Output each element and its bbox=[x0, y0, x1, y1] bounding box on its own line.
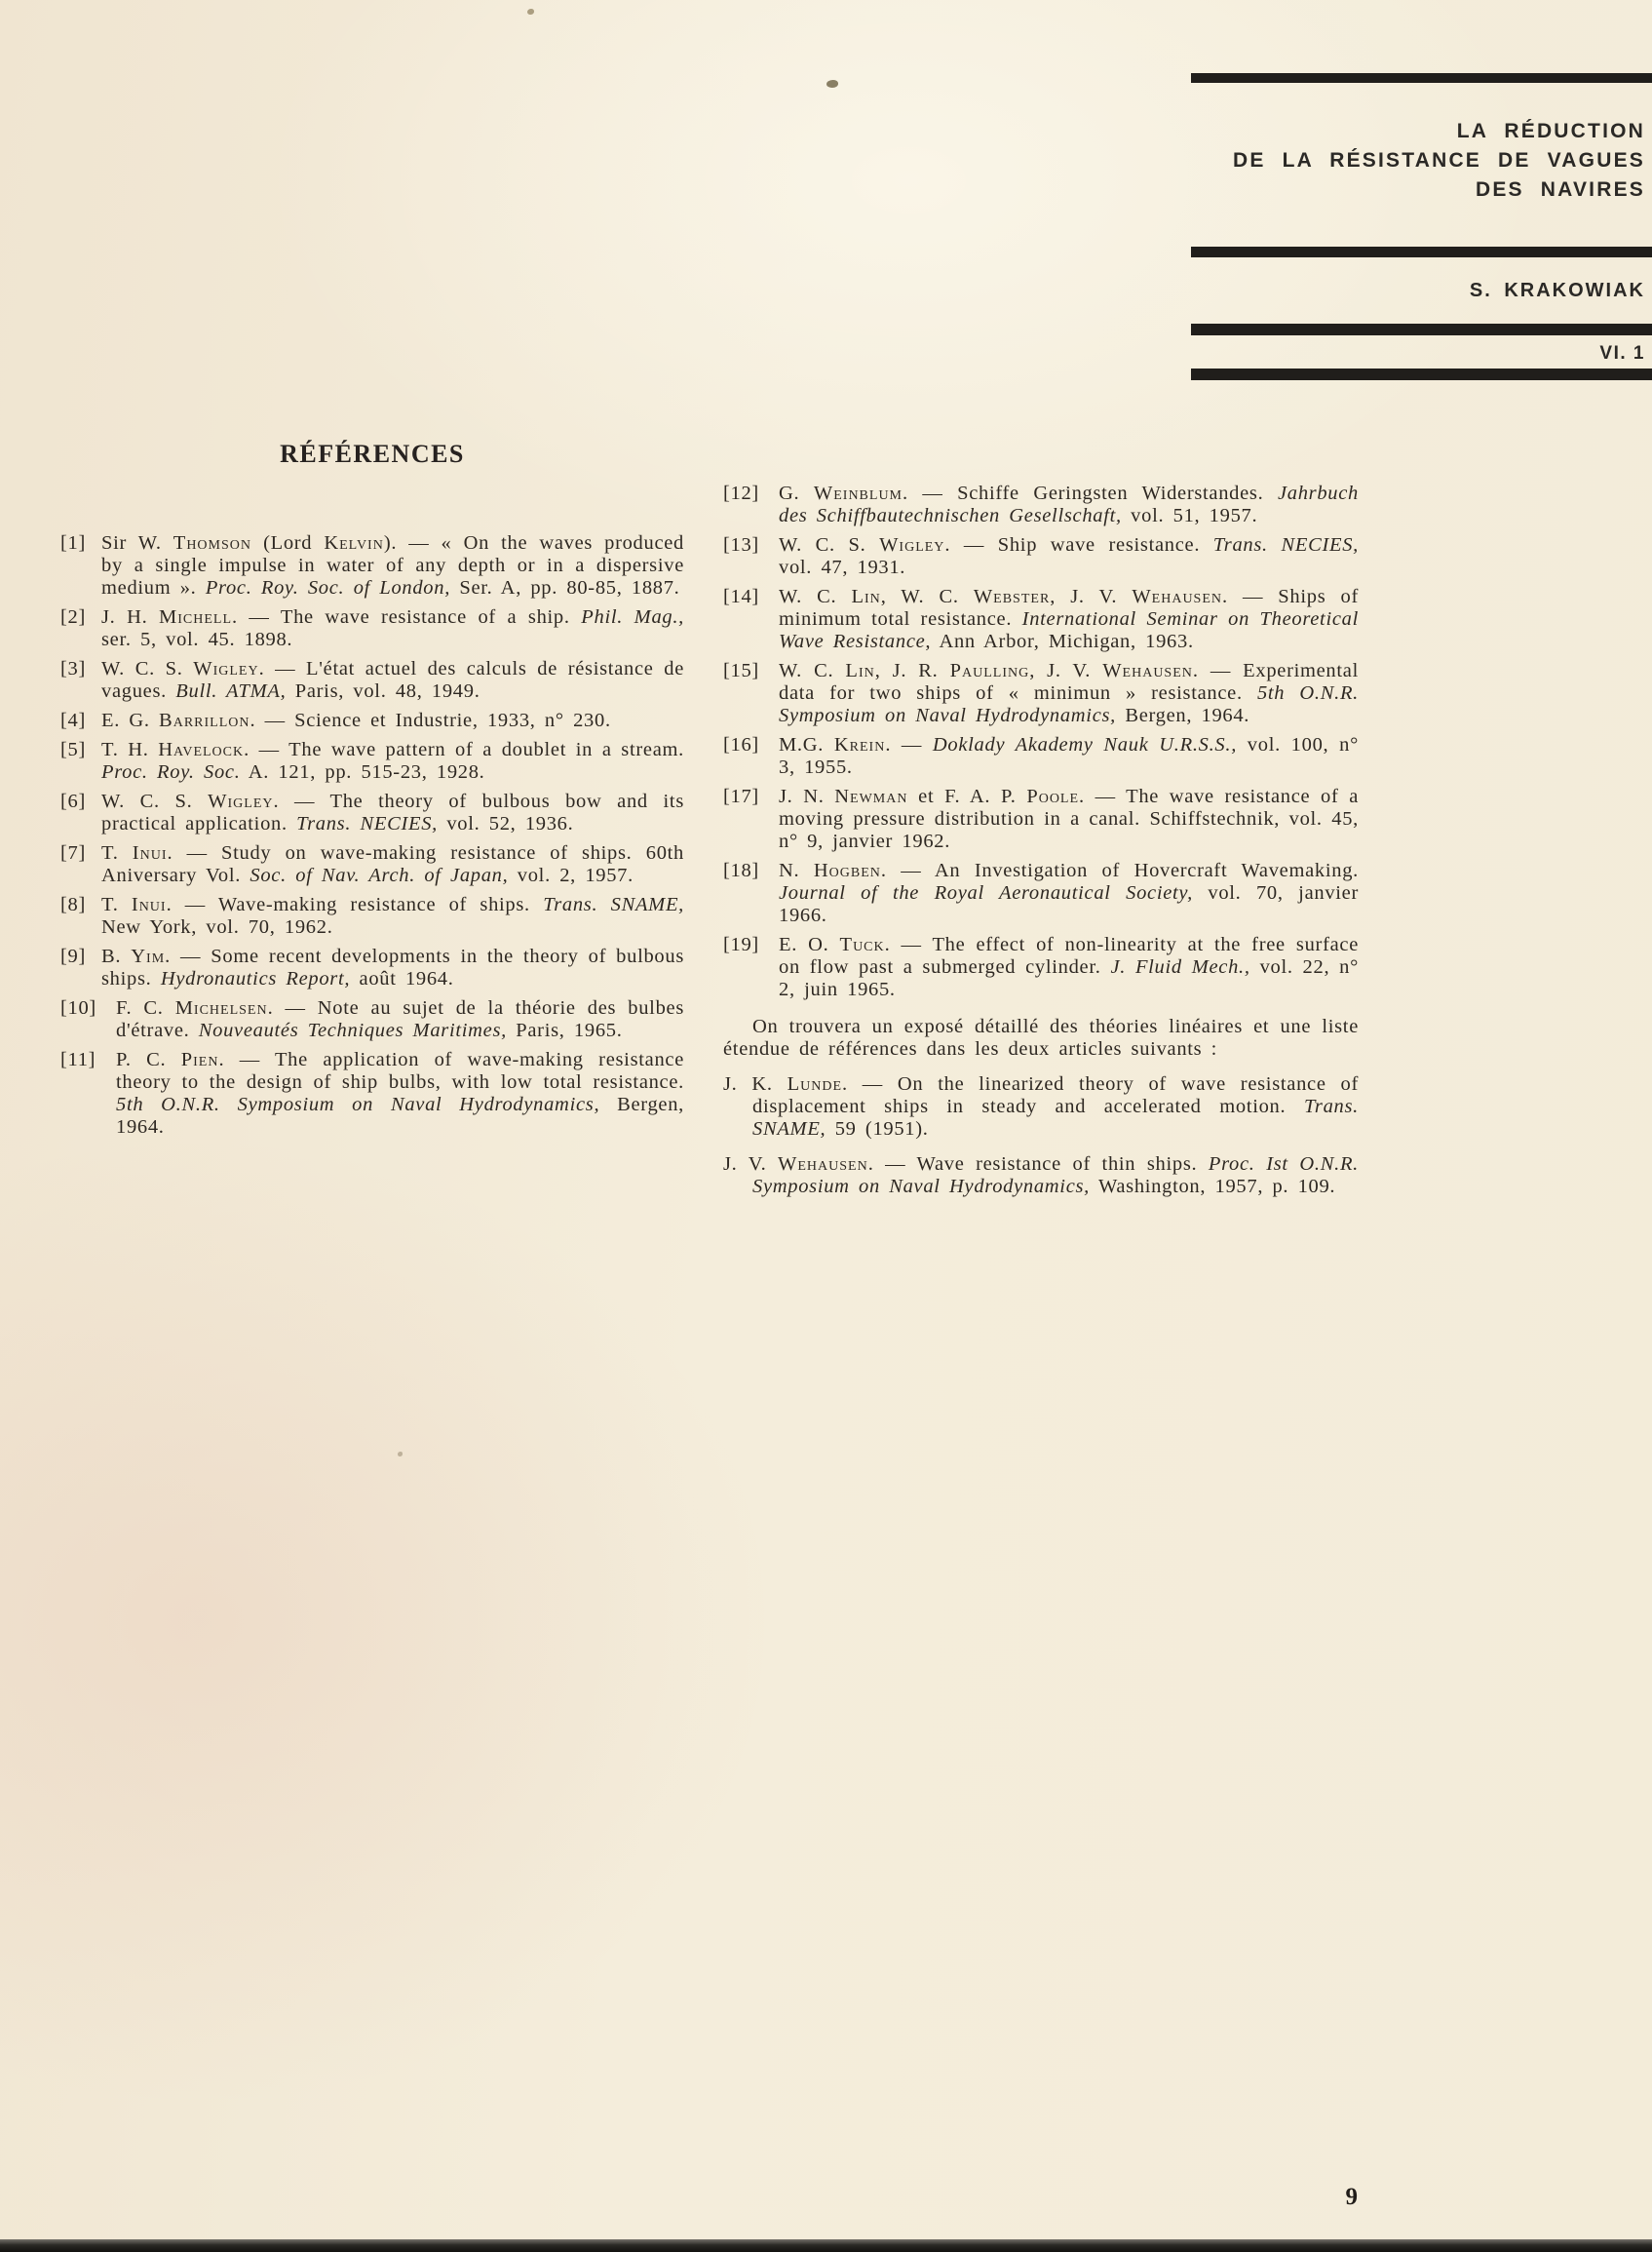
document-page: LA RÉDUCTION DE LA RÉSISTANCE DE VAGUES … bbox=[0, 0, 1652, 2252]
reference-text: . — bbox=[885, 734, 933, 756]
author-name: Lunde bbox=[788, 1073, 842, 1095]
reference-number: [15] bbox=[723, 660, 779, 682]
author-name: Hogben bbox=[814, 860, 881, 881]
author-name: Inui bbox=[133, 842, 168, 864]
author-name: Wigley bbox=[879, 534, 944, 556]
reference-text: Paris, 1965. bbox=[507, 1020, 623, 1041]
reference-text: vol. 47, 1931. bbox=[779, 557, 905, 578]
closing-note: On trouvera un exposé détaillé des théor… bbox=[723, 1016, 1359, 1061]
reference-item: [16]M.G. Krein. — Doklady Akademy Nauk U… bbox=[723, 734, 1359, 779]
paper-title: LA RÉDUCTION DE LA RÉSISTANCE DE VAGUES … bbox=[1191, 117, 1645, 205]
reference-text: . — Science et Industrie, 1933, n° 230. bbox=[250, 710, 610, 731]
reference-text: B. bbox=[101, 946, 131, 967]
reference-text: J. H. bbox=[101, 606, 159, 628]
references-column-left: RÉFÉRENCES [1]Sir W. Thomson (Lord Kelvi… bbox=[60, 441, 684, 1139]
paper-title-line: LA RÉDUCTION bbox=[1191, 117, 1645, 146]
author-name: Havelock bbox=[158, 739, 244, 760]
reference-text: W. C. S. bbox=[779, 534, 879, 556]
reference-text: . — Wave resistance of thin ships. bbox=[868, 1153, 1209, 1175]
reference-item: J. V. Wehausen. — Wave resistance of thi… bbox=[723, 1153, 1359, 1198]
reference-item: [14]W. C. Lin, W. C. Webster, J. V. Weha… bbox=[723, 586, 1359, 653]
reference-item: [2]J. H. Michell. — The wave resistance … bbox=[60, 606, 684, 651]
reference-item: [13]W. C. S. Wigley. — Ship wave resista… bbox=[723, 534, 1359, 579]
reference-text: E. G. bbox=[101, 710, 159, 731]
references-list-left: [1]Sir W. Thomson (Lord Kelvin). — « On … bbox=[60, 532, 684, 1139]
work-title: Trans. NECIES, bbox=[1213, 534, 1359, 556]
paper-title-line: DES NAVIRES bbox=[1191, 175, 1645, 205]
reference-text: . — Schiffe Geringsten Widerstandes. bbox=[903, 483, 1278, 504]
reference-text: P. C. bbox=[116, 1049, 181, 1070]
work-title: Trans. NECIES, bbox=[296, 813, 438, 835]
reference-text: T. bbox=[101, 842, 133, 864]
reference-item: J. K. Lunde. — On the linearized theory … bbox=[723, 1073, 1359, 1141]
work-title: 5th O.N.R. Symposium on Naval Hydrodynam… bbox=[116, 1094, 599, 1115]
work-title: Phil. Mag., bbox=[581, 606, 684, 628]
reference-item: [5]T. H. Havelock. — The wave pattern of… bbox=[60, 739, 684, 784]
reference-item: [18]N. Hogben. — An Investigation of Hov… bbox=[723, 860, 1359, 927]
author-name: Lin bbox=[851, 586, 880, 607]
reference-text: . — An Investigation of Hovercraft Wavem… bbox=[881, 860, 1359, 881]
reference-item: [1]Sir W. Thomson (Lord Kelvin). — « On … bbox=[60, 532, 684, 600]
author-name: Yim bbox=[131, 946, 165, 967]
reference-text: T. H. bbox=[101, 739, 158, 760]
reference-text: W. C. S. bbox=[101, 791, 208, 812]
reference-text: Ann Arbor, Michigan, 1963. bbox=[931, 631, 1194, 652]
reference-text: On trouvera un exposé détaillé des théor… bbox=[723, 1016, 1359, 1060]
work-title: Nouveautés Techniques Maritimes, bbox=[199, 1020, 507, 1041]
reference-text: J. K. bbox=[723, 1073, 788, 1095]
reference-item: [19]E. O. Tuck. — The effect of non-line… bbox=[723, 934, 1359, 1001]
work-title: Proc. Roy. Soc. of London, bbox=[206, 577, 450, 599]
reference-text: J. V. bbox=[723, 1153, 778, 1175]
header-rule-bottom bbox=[1191, 369, 1652, 380]
work-title: Journal of the Royal Aeronautical Societ… bbox=[779, 882, 1193, 904]
reference-number: [14] bbox=[723, 586, 779, 608]
reference-text: W. C. bbox=[779, 660, 845, 681]
reference-text: et F. A. P. bbox=[907, 786, 1026, 807]
scan-speck-artifact bbox=[398, 1452, 403, 1456]
reference-number: [8] bbox=[60, 894, 101, 916]
reference-text: New York, vol. 70, 1962. bbox=[101, 916, 333, 938]
author-name: Wehausen bbox=[1132, 586, 1222, 607]
reference-number: [19] bbox=[723, 934, 779, 956]
reference-number: [1] bbox=[60, 532, 101, 555]
header-rule-top bbox=[1191, 73, 1652, 83]
reference-number: [10] bbox=[60, 997, 116, 1020]
reference-text: Bergen, 1964. bbox=[1116, 705, 1249, 726]
reference-number: [16] bbox=[723, 734, 779, 757]
scan-edge-artifact bbox=[0, 2239, 1652, 2252]
reference-text: W. C. S. bbox=[101, 658, 193, 679]
work-title: Proc. Roy. Soc. bbox=[101, 761, 241, 783]
reference-text: ser. 5, vol. 45. 1898. bbox=[101, 629, 292, 650]
reference-text: (Lord bbox=[251, 532, 324, 554]
reference-number: [17] bbox=[723, 786, 779, 808]
reference-text: Sir W. bbox=[101, 532, 173, 554]
author-name: Thomson bbox=[173, 532, 251, 554]
page-number: 9 bbox=[1277, 2184, 1358, 2211]
author-name: Krein bbox=[834, 734, 885, 756]
reference-text: , W. C. bbox=[881, 586, 974, 607]
reference-item: [3]W. C. S. Wigley. — L'état actuel des … bbox=[60, 658, 684, 703]
reference-item: [15]W. C. Lin, J. R. Paulling, J. V. Weh… bbox=[723, 660, 1359, 727]
references-list-right: [12]G. Weinblum. — Schiffe Geringsten Wi… bbox=[723, 483, 1359, 1198]
reference-text: Paris, vol. 48, 1949. bbox=[286, 680, 480, 702]
reference-text: E. O. bbox=[779, 934, 840, 955]
reference-text: . — The wave resistance of a ship. bbox=[232, 606, 581, 628]
header-rule-under-author bbox=[1191, 324, 1652, 335]
reference-item: [9]B. Yim. — Some recent developments in… bbox=[60, 946, 684, 990]
author-name: Paulling bbox=[950, 660, 1030, 681]
author-name: Tuck bbox=[840, 934, 885, 955]
author-name: Wehausen bbox=[778, 1153, 868, 1175]
reference-number: [6] bbox=[60, 791, 101, 813]
reference-number: [3] bbox=[60, 658, 101, 680]
work-title: J. Fluid Mech., bbox=[1110, 956, 1249, 978]
reference-item: [4]E. G. Barrillon. — Science et Industr… bbox=[60, 710, 684, 732]
header-rule-under-title bbox=[1191, 247, 1652, 257]
reference-item: [11]P. C. Pien. — The application of wav… bbox=[60, 1049, 684, 1139]
author-name: Wehausen bbox=[1102, 660, 1193, 681]
reference-number: [5] bbox=[60, 739, 101, 761]
author-name: Poole bbox=[1026, 786, 1079, 807]
reference-text: M.G. bbox=[779, 734, 834, 756]
reference-item: [8]T. Inui. — Wave-making resistance of … bbox=[60, 894, 684, 939]
reference-text: vol. 2, 1957. bbox=[508, 865, 634, 886]
reference-item: [12]G. Weinblum. — Schiffe Geringsten Wi… bbox=[723, 483, 1359, 527]
author-name: Wigley bbox=[208, 791, 273, 812]
reference-text: 59 (1951). bbox=[826, 1118, 928, 1140]
reference-text: , J. V. bbox=[1050, 586, 1132, 607]
reference-text: F. C. bbox=[116, 997, 175, 1019]
section-code: VI. 1 bbox=[1191, 343, 1645, 365]
reference-text: T. bbox=[101, 894, 132, 915]
reference-text: J. N. bbox=[779, 786, 834, 807]
author-name: Lin bbox=[845, 660, 874, 681]
reference-text: Ser. A, pp. 80-85, 1887. bbox=[450, 577, 679, 599]
reference-number: [9] bbox=[60, 946, 101, 968]
author-name: Wigley bbox=[193, 658, 258, 679]
reference-text: , J. R. bbox=[875, 660, 950, 681]
reference-item: [17]J. N. Newman et F. A. P. Poole. — Th… bbox=[723, 786, 1359, 853]
reference-number: [18] bbox=[723, 860, 779, 882]
scan-speck-artifact bbox=[826, 80, 838, 88]
author-name: Michell bbox=[159, 606, 232, 628]
page-header: LA RÉDUCTION DE LA RÉSISTANCE DE VAGUES … bbox=[1191, 0, 1652, 390]
references-column-right: [12]G. Weinblum. — Schiffe Geringsten Wi… bbox=[723, 483, 1359, 1198]
reference-number: [11] bbox=[60, 1049, 116, 1071]
work-title: Hydronautics Report, bbox=[161, 968, 350, 990]
reference-text: août 1964. bbox=[350, 968, 453, 990]
author-name: Pien bbox=[181, 1049, 219, 1070]
paper-title-line: DE LA RÉSISTANCE DE VAGUES bbox=[1191, 146, 1645, 175]
reference-item: [7]T. Inui. — Study on wave-making resis… bbox=[60, 842, 684, 887]
reference-text: . — On the linearized theory of wave res… bbox=[752, 1073, 1359, 1117]
reference-item: [10]F. C. Michelsen. — Note au sujet de … bbox=[60, 997, 684, 1042]
work-title: Trans. SNAME, bbox=[543, 894, 684, 915]
author-name: Weinblum bbox=[814, 483, 903, 504]
reference-text: A. 121, pp. 515-23, 1928. bbox=[241, 761, 485, 783]
reference-text: . — The wave pattern of a doublet in a s… bbox=[244, 739, 684, 760]
work-title: Doklady Akademy Nauk U.R.S.S., bbox=[933, 734, 1237, 756]
reference-text: vol. 52, 1936. bbox=[438, 813, 573, 835]
author-name: Newman bbox=[834, 786, 907, 807]
scan-speck-artifact bbox=[527, 9, 534, 15]
reference-item: [6]W. C. S. Wigley. — The theory of bulb… bbox=[60, 791, 684, 835]
reference-text: Washington, 1957, p. 109. bbox=[1090, 1176, 1335, 1197]
author-name: Kelvin bbox=[324, 532, 384, 554]
work-title: Bull. ATMA, bbox=[175, 680, 286, 702]
reference-text: vol. 51, 1957. bbox=[1122, 505, 1257, 526]
paper-author: S. KRAKOWIAK bbox=[1191, 280, 1645, 302]
author-name: Barrillon bbox=[159, 710, 250, 731]
reference-text: . — Wave-making resistance of ships. bbox=[167, 894, 544, 915]
reference-text: , J. V. bbox=[1029, 660, 1102, 681]
author-name: Webster bbox=[974, 586, 1050, 607]
reference-text: . — Ship wave resistance. bbox=[944, 534, 1212, 556]
author-name: Michelsen bbox=[175, 997, 268, 1019]
reference-number: [7] bbox=[60, 842, 101, 865]
reference-number: [2] bbox=[60, 606, 101, 629]
reference-number: [4] bbox=[60, 710, 101, 732]
author-name: Inui bbox=[132, 894, 167, 915]
references-heading: RÉFÉRENCES bbox=[60, 441, 684, 468]
reference-text: G. bbox=[779, 483, 814, 504]
reference-text: N. bbox=[779, 860, 814, 881]
reference-number: [12] bbox=[723, 483, 779, 505]
reference-text: W. C. bbox=[779, 586, 851, 607]
reference-number: [13] bbox=[723, 534, 779, 557]
work-title: Soc. of Nav. Arch. of Japan, bbox=[250, 865, 508, 886]
